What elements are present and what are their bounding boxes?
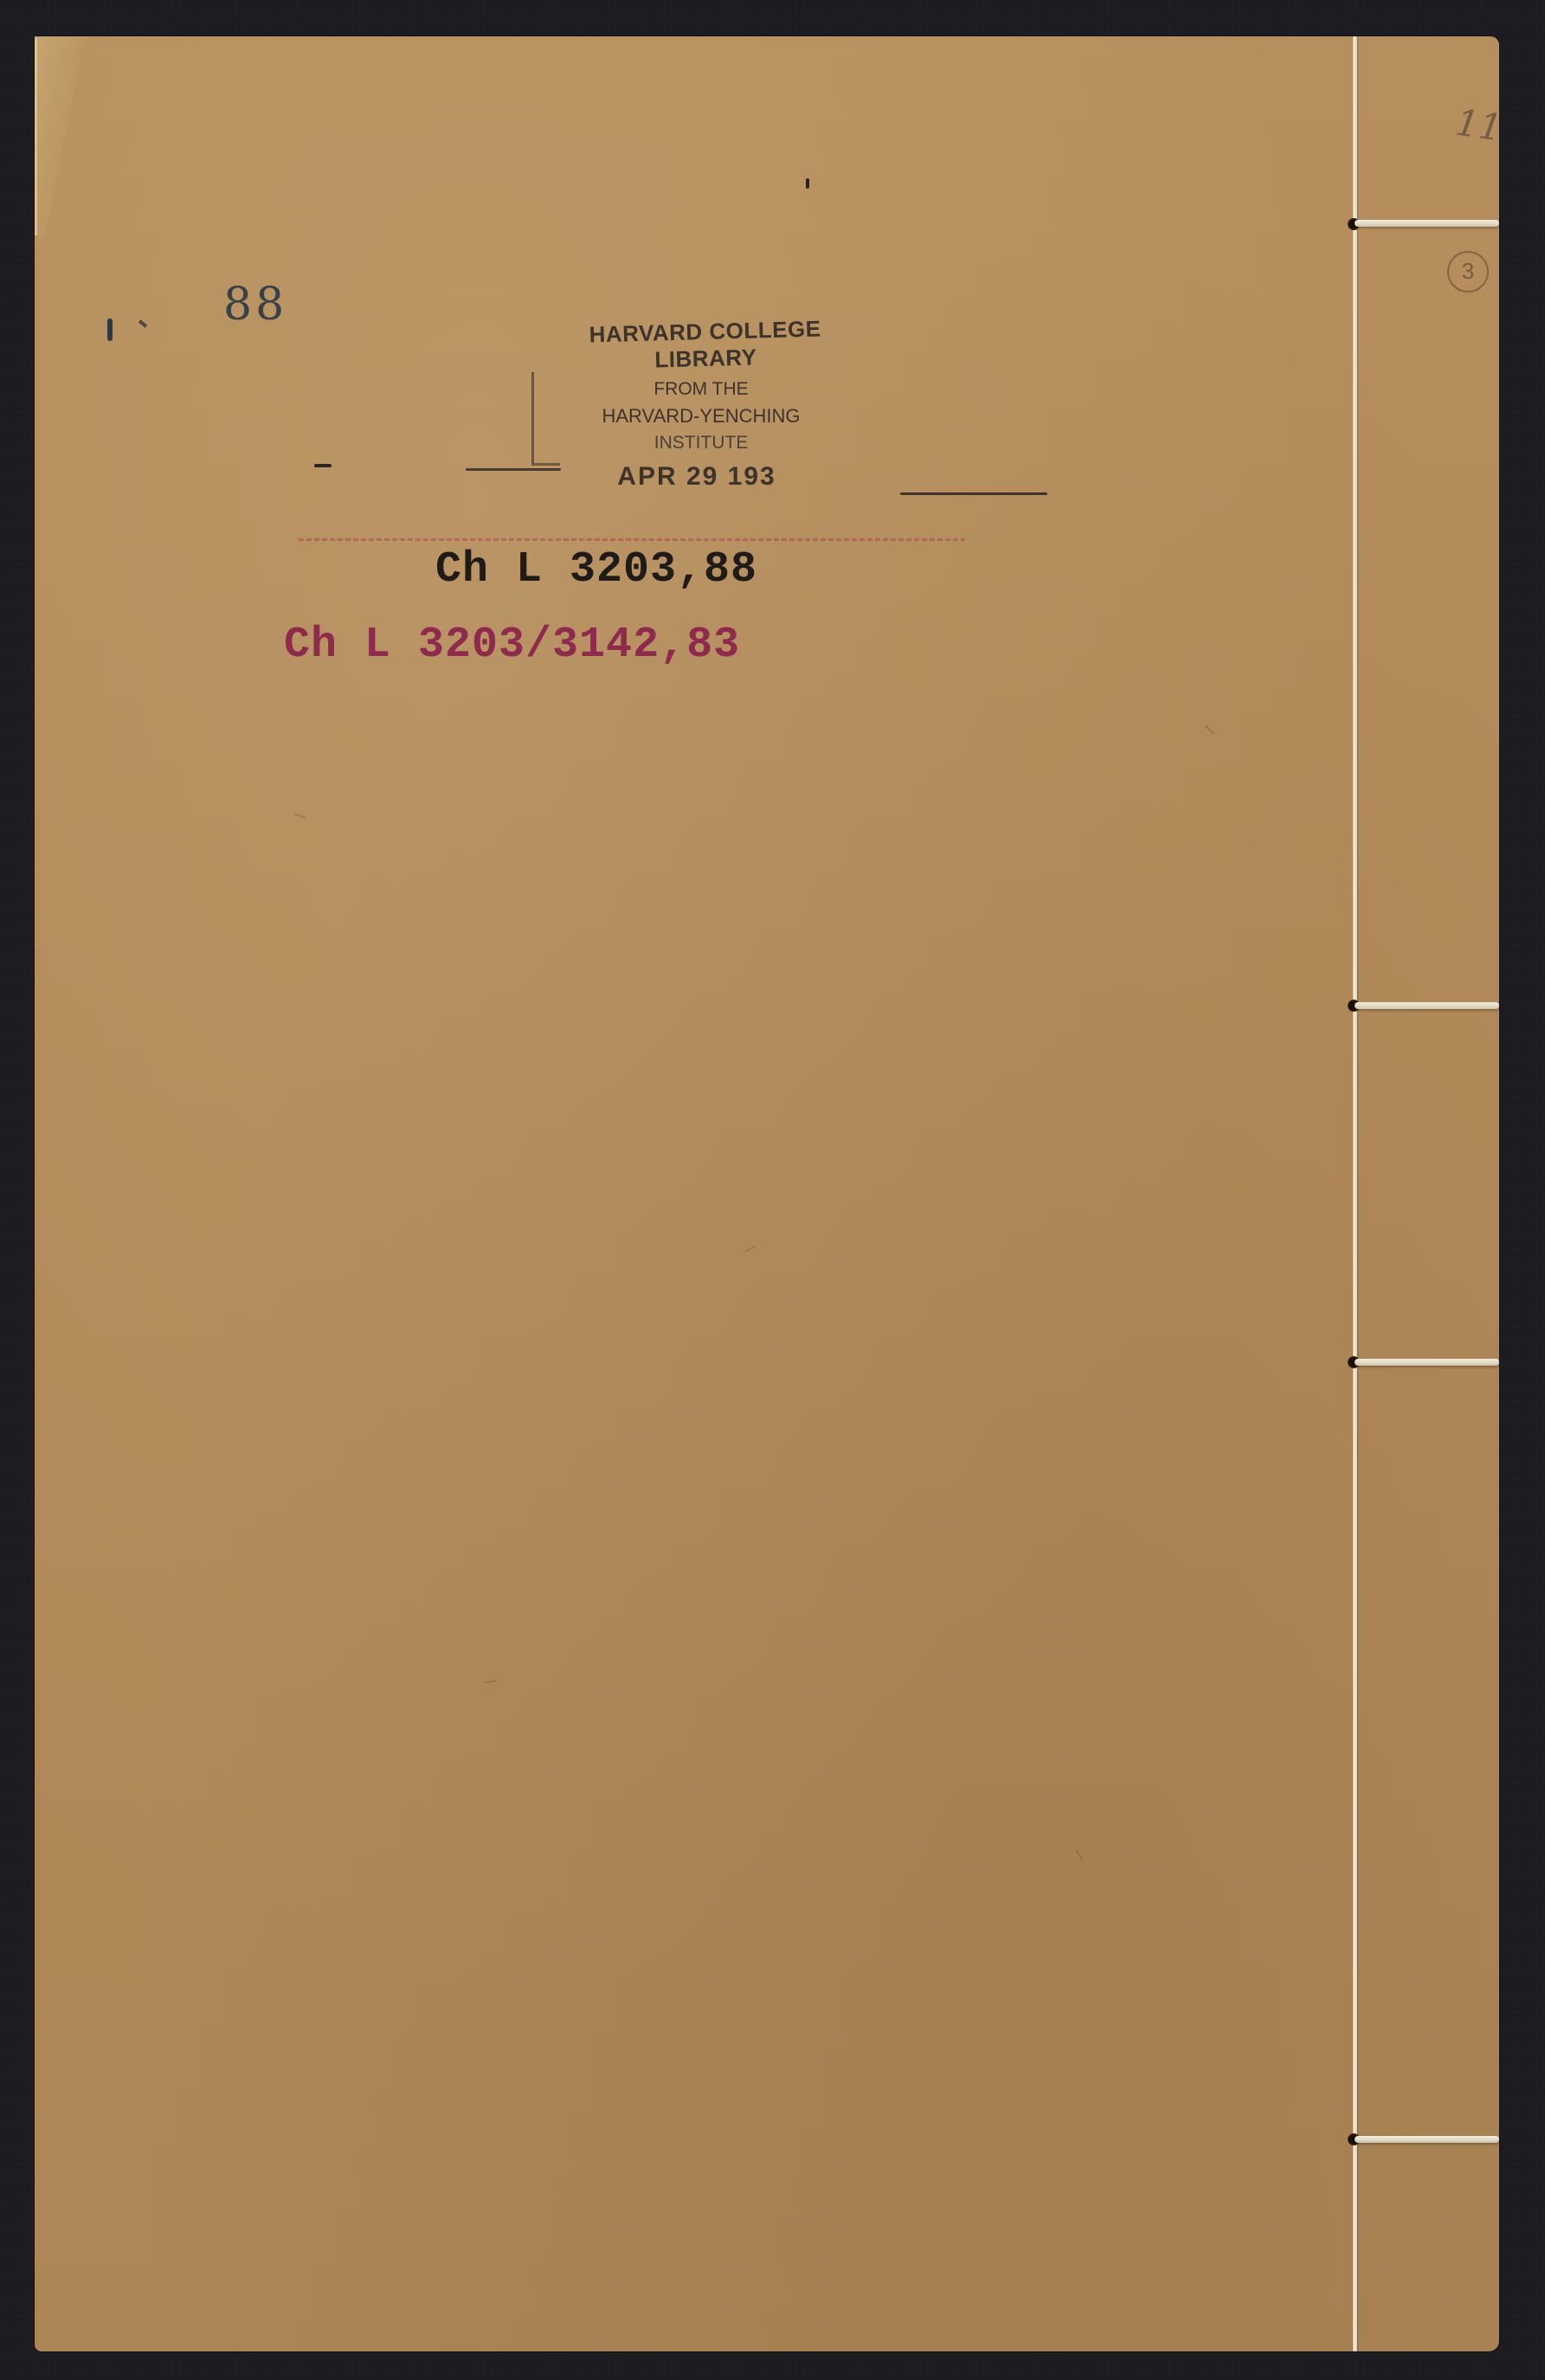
stamp-line-3: HARVARD-YENCHING (537, 405, 866, 428)
binding-thread-vertical (1353, 36, 1357, 2351)
paper-fiber (744, 1245, 756, 1253)
stamp-line-2: FROM THE (537, 379, 866, 400)
stamp-line-1: HARVARD COLLEGE LIBRARY (544, 314, 866, 376)
paper-fiber (294, 814, 306, 820)
library-stamp: HARVARD COLLEGE LIBRARY FROM THE HARVARD… (519, 318, 866, 492)
stamp-date: APR 29 193 (528, 462, 866, 492)
ink-speck (806, 178, 809, 189)
pencil-circled-number: 3 (1447, 251, 1489, 293)
binding-stitch (1355, 2136, 1499, 2143)
ink-rule (900, 492, 1047, 495)
paper-fiber (485, 1680, 497, 1683)
ink-mark (107, 318, 113, 341)
stamp-line-4: INSTITUTE (537, 433, 866, 453)
pencil-mark: 11 (1453, 101, 1505, 150)
red-rule (299, 538, 965, 541)
binding-stitch (1355, 1002, 1499, 1009)
call-number-black: Ch L 3203,88 (435, 545, 757, 595)
ink-rule (314, 464, 332, 467)
call-number-red: Ch L 3203/3142,83 (284, 621, 740, 670)
paper-fiber (1204, 724, 1213, 734)
paper-fiber (1076, 1849, 1084, 1860)
handwritten-number: 88 (223, 279, 287, 331)
binding-stitch (1355, 1359, 1499, 1366)
ink-rule (466, 468, 561, 471)
corner-fold (35, 36, 85, 235)
binding-stitch (1355, 220, 1499, 227)
